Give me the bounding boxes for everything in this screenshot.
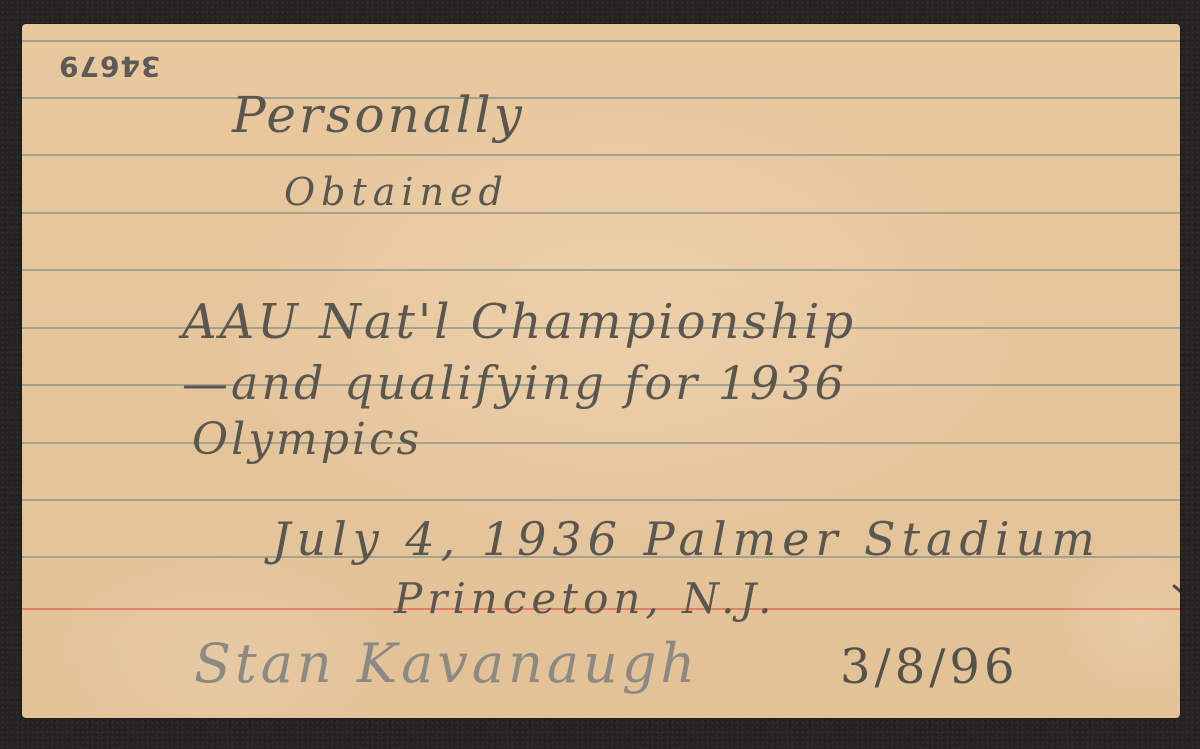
- note-line-obtained: Obtained: [284, 170, 509, 214]
- note-line-date-venue: July 4, 1936 Palmer Stadium: [272, 512, 1101, 566]
- rule-line: [22, 212, 1180, 214]
- note-line-location: Princeton, N.J.: [394, 574, 776, 623]
- note-line-olympics: Olympics: [192, 414, 422, 465]
- catalog-number: 34679: [58, 50, 160, 83]
- signature: Stan Kavanaugh: [194, 632, 699, 695]
- rule-line: [22, 40, 1180, 42]
- rule-line: [22, 154, 1180, 156]
- rule-line: [22, 269, 1180, 271]
- note-line-event: AAU Nat'l Championship: [182, 294, 856, 350]
- rule-line: [22, 97, 1180, 99]
- note-line-qualifying: —and qualifying for 1936: [182, 356, 847, 410]
- signature-date: 3/8/96: [840, 639, 1019, 695]
- rule-line: [22, 499, 1180, 501]
- pencil-mark: [1172, 584, 1180, 593]
- note-line-personally: Personally: [232, 86, 525, 144]
- index-card: 34679 Personally Obtained AAU Nat'l Cham…: [22, 24, 1180, 718]
